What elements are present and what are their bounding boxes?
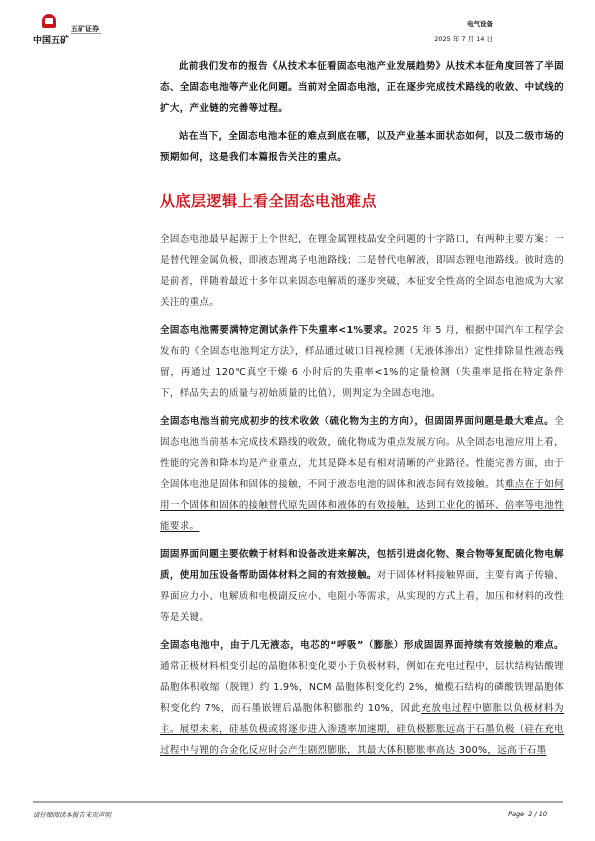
body-paragraph-2: 全固态电池需要满特定测试条件下失重率<1%要求。2025 年 5 月，根据中国汽… [160, 320, 564, 404]
main-content: 此前我们发布的报告《从技术本征看固态电池产业发展趋势》从技术本征角度回答了半固态… [160, 56, 564, 761]
paragraph-lead: 全固态电池需要满特定测试条件下失重率<1%要求。 [160, 325, 393, 336]
page-header: 中国五矿 五矿证券 电气设备 2025 年 7 月 14 日 [0, 0, 595, 50]
minmetals-emblem-icon [42, 14, 56, 28]
intro-paragraph-2: 站在当下，全固态电池本征的难点到底在哪，以及产业基本面状态如何，以及二级市场的预… [160, 126, 564, 168]
footer-disclaimer: 请仔细阅读本报告末页声明 [33, 810, 111, 819]
paragraph-text: 全固态电池当前基本完成技术路线的收敛，硫化物成为重点发展方向。从全固态电池应用上… [160, 416, 564, 490]
company-logo: 中国五矿 五矿证券 [33, 14, 113, 50]
footer-divider [33, 801, 563, 803]
intro-paragraph-1: 此前我们发布的报告《从技术本征看固态电池产业发展趋势》从技术本征角度回答了半固态… [160, 56, 564, 119]
company-name-english-line [71, 33, 101, 34]
page-indicator: Page 2 / 10 [508, 810, 547, 818]
report-date: 2025 年 7 月 14 日 [434, 32, 493, 47]
body-paragraph-4: 固固界面问题主要依赖于材料和设备改进来解决，包括引进卤化物、聚合物等复配硫化物电… [160, 544, 564, 628]
group-name: 中国五矿 [33, 33, 69, 46]
page-label: Page [508, 810, 524, 818]
body-paragraph-3: 全固态电池当前完成初步的技术收敛（硫化物为主的方向），但固固界面问题是最大难点。… [160, 411, 564, 537]
section-title: 从底层逻辑上看全固态电池难点 [160, 190, 564, 211]
paragraph-text: 2025 年 5 月，根据中国汽车工程学会发布的《全固态电池判定方法》，样品通过… [160, 325, 564, 399]
industry-label: 电气设备 [434, 17, 493, 32]
body-paragraph-5: 全固态电池中，由于几无液态，电芯的“呼吸”（膨胀）形成固固界面持续有效接触的难点… [160, 635, 564, 761]
page-number: 2 / 10 [528, 810, 547, 818]
paragraph-lead: 全固态电池当前完成初步的技术收敛（硫化物为主的方向），但固固界面问题是最大难点。 [160, 416, 554, 427]
body-paragraph-1: 全固态电池最早起源于上个世纪，在锂金属锂枝晶安全问题的十字路口，有两种主要方案：… [160, 229, 564, 313]
header-meta: 电气设备 2025 年 7 月 14 日 [434, 17, 493, 47]
paragraph-text: 全固态电池最早起源于上个世纪，在锂金属锂枝晶安全问题的十字路口，有两种主要方案：… [160, 234, 564, 308]
paragraph-lead: 全固态电池中，由于几无液态，电芯的“呼吸”（膨胀）形成固固界面持续有效接触的难点… [160, 640, 564, 651]
